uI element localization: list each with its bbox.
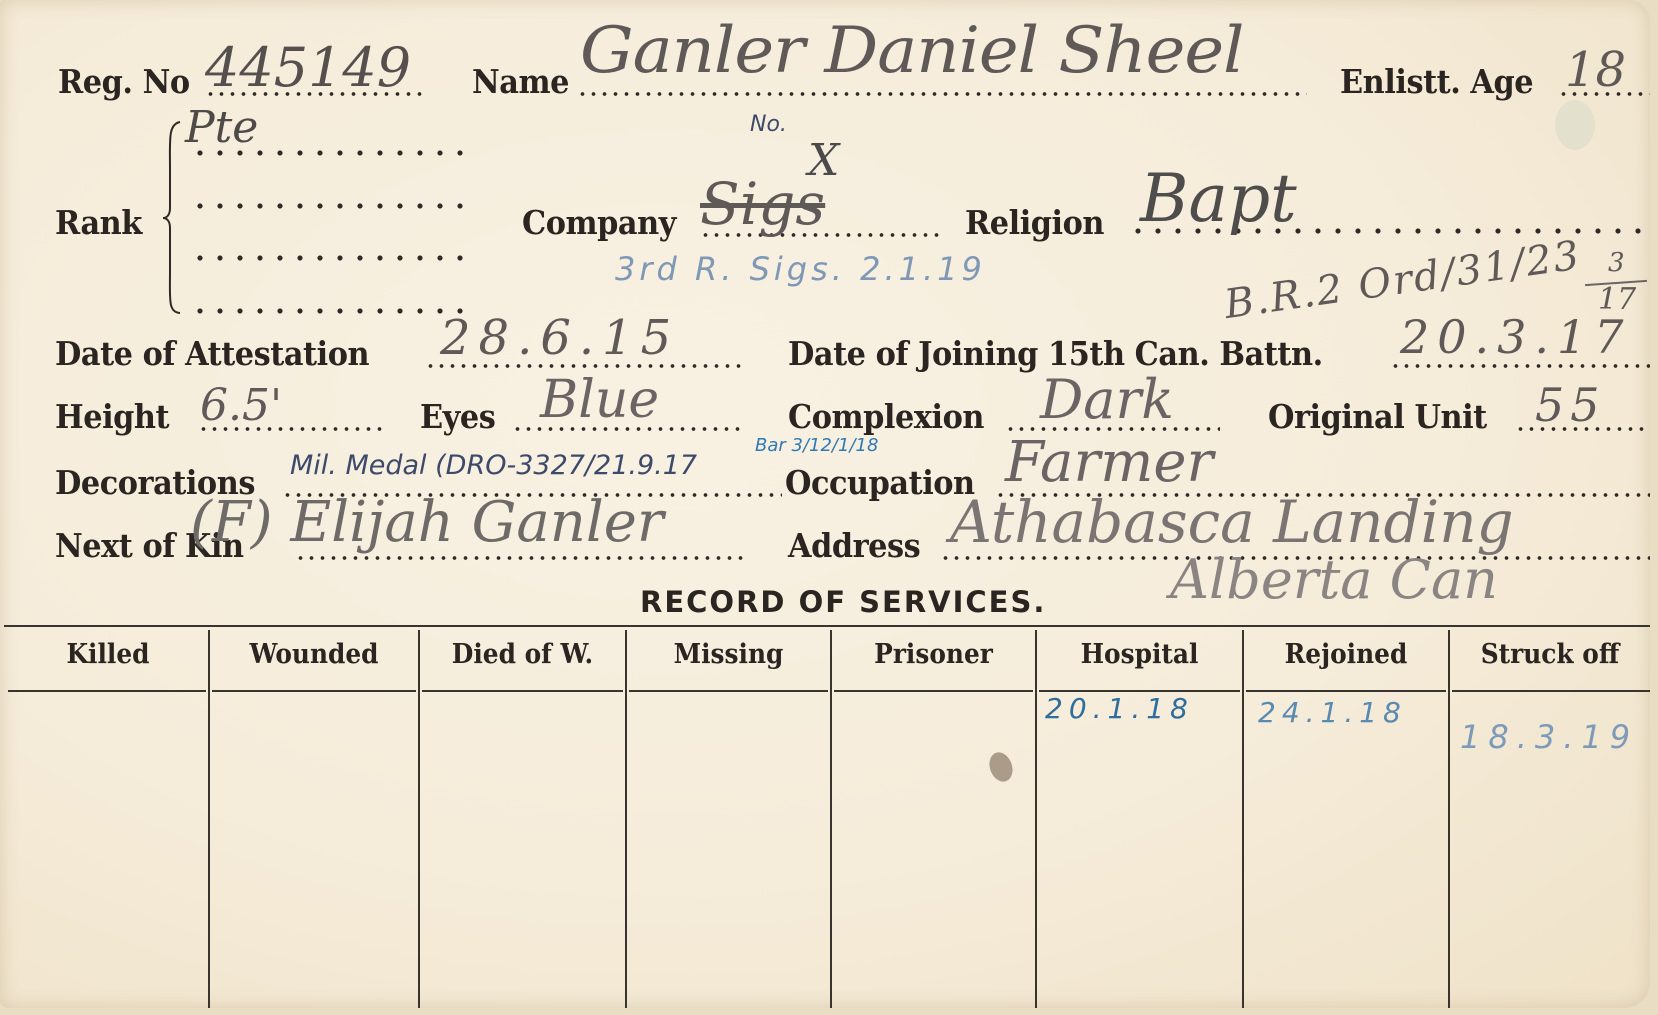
header-rule	[629, 690, 828, 692]
header-rule	[1246, 690, 1446, 692]
column-header-prisoner: Prisoner	[840, 632, 1027, 676]
company-annotation: 3rd R. Sigs. 2.1.19	[615, 250, 986, 288]
rank-line-1	[190, 150, 472, 156]
rank-label: Rank	[55, 203, 142, 242]
company-label: Company	[522, 203, 676, 242]
reg-no-label: Reg. No	[58, 62, 190, 101]
date-attestation-value: 28.6.15	[440, 310, 679, 366]
column-header-missing: Missing	[635, 632, 822, 676]
column-divider	[830, 630, 832, 1008]
occupation-annotation: Bar 3/12/1/18	[755, 435, 878, 456]
date-joining-fraction-den: 17	[1598, 282, 1636, 317]
address-value-line2: Alberta Can	[1170, 548, 1498, 611]
occupation-value: Farmer	[1005, 430, 1213, 495]
header-rule	[834, 690, 1033, 692]
column-header-hospital: Hospital	[1045, 632, 1234, 676]
original-unit-value: 55	[1535, 378, 1606, 432]
entry-rejoined: 24.1.18	[1258, 696, 1407, 729]
original-unit-label: Original Unit	[1268, 397, 1487, 436]
height-label: Height	[55, 397, 169, 436]
service-record-card: Reg. No 445149 Name Ganler Daniel Sheel …	[0, 0, 1650, 1008]
header-rule	[212, 690, 416, 692]
enlist-age-value: 18	[1565, 42, 1626, 98]
column-divider	[208, 630, 210, 1008]
entry-struck-off: 18.3.19	[1460, 718, 1638, 756]
religion-value: Bapt	[1140, 160, 1297, 237]
complexion-label: Complexion	[788, 397, 984, 436]
eyes-label: Eyes	[420, 397, 495, 436]
next-of-kin-line	[295, 555, 745, 561]
header-rule	[1452, 690, 1650, 692]
rank-value: Pte	[185, 102, 258, 153]
name-line	[577, 91, 1307, 97]
address-label: Address	[788, 526, 920, 565]
rank-line-2	[190, 203, 472, 209]
date-attestation-label: Date of Attestation	[55, 334, 369, 373]
record-top-rule	[4, 625, 1650, 627]
entry-hospital: 20.1.18	[1045, 692, 1194, 725]
header-rule	[8, 690, 206, 692]
company-value-struck: Sigs	[700, 170, 825, 238]
eyes-value: Blue	[540, 370, 659, 430]
column-header-killed: Killed	[16, 632, 200, 676]
record-of-services-title: RECORD OF SERVICES.	[640, 585, 1046, 619]
complexion-value: Dark	[1040, 368, 1174, 431]
column-divider	[418, 630, 420, 1008]
rank-line-4	[190, 308, 472, 314]
enlist-age-label: Enlistt. Age	[1340, 62, 1533, 101]
ink-stain	[1555, 100, 1595, 150]
column-header-died-of-wounds: Died of W.	[428, 632, 617, 676]
decorations-value: Mil. Medal (DRO-3327/21.9.17	[290, 450, 697, 481]
ink-stain	[986, 749, 1017, 785]
rank-brace	[162, 120, 182, 315]
rank-line-3	[190, 255, 472, 261]
column-header-rejoined: Rejoined	[1252, 632, 1440, 676]
column-divider	[1035, 630, 1037, 1008]
company-number-label: No.	[750, 112, 787, 137]
name-label: Name	[472, 62, 569, 101]
column-header-wounded: Wounded	[218, 632, 409, 676]
religion-label: Religion	[965, 203, 1104, 242]
height-value: 6.5'	[200, 380, 282, 431]
address-value: Athabasca Landing	[950, 488, 1514, 556]
column-divider	[1448, 630, 1450, 1008]
reg-no-value: 445149	[205, 36, 411, 99]
name-value: Ganler Daniel Sheel	[580, 14, 1244, 88]
next-of-kin-value: (F) Elijah Ganler	[190, 490, 664, 555]
header-rule	[422, 690, 623, 692]
column-header-struck-off: Struck off	[1458, 632, 1642, 676]
date-joining-value: 20.3.17	[1400, 310, 1632, 364]
date-joining-fraction-num: 3	[1608, 248, 1625, 278]
column-divider	[1242, 630, 1244, 1008]
occupation-label: Occupation	[785, 463, 975, 502]
column-divider	[625, 630, 627, 1008]
